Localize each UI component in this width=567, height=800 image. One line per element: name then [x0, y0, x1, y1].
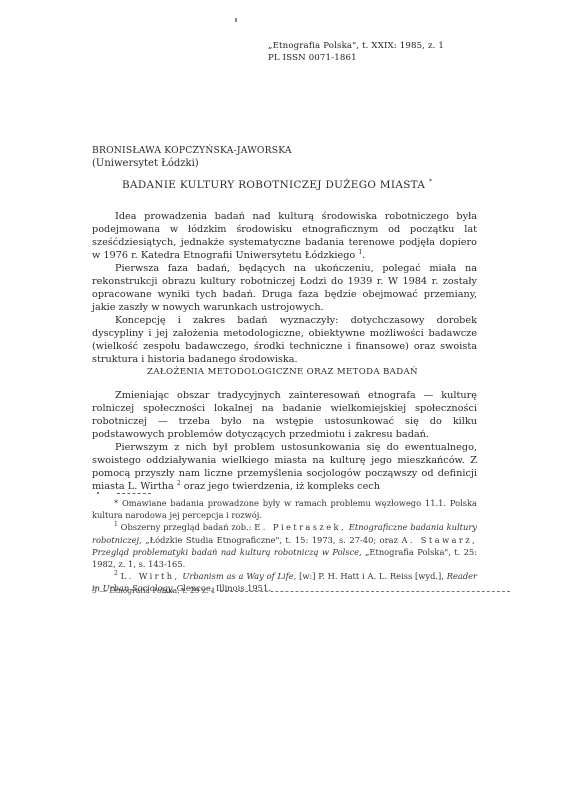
issn: PL ISSN 0071-1861	[268, 52, 444, 64]
article-title-text: BADANIE KULTURY ROBOTNICZEJ DUŻEGO MIAST…	[122, 179, 425, 191]
article-title: BADANIE KULTURY ROBOTNICZEJ DUŻEGO MIAST…	[122, 178, 432, 192]
paragraph: Zmieniając obszar tradycyjnych zainteres…	[92, 389, 477, 441]
section-heading: ZAŁOŻENIA METODOLOGICZNE ORAZ METODA BAD…	[147, 366, 418, 378]
footnote-star: * Omawiane badania prowadzone były w ram…	[92, 497, 477, 521]
footnotes: * Omawiane badania prowadzone były w ram…	[92, 497, 477, 595]
signature-line: 5 — Etnografia Polska, t. 29 z. 1	[92, 586, 510, 596]
printer-signature: 5 — Etnografia Polska, t. 29 z. 1	[92, 586, 216, 595]
scan-speck	[235, 18, 237, 22]
paragraph: Pierwsza faza badań, będących na ukończe…	[92, 262, 477, 314]
author-affiliation: (Uniwersytet Łódzki)	[92, 157, 199, 170]
scan-dot	[97, 492, 99, 494]
journal-citation: „Etnografia Polska", t. XXIX: 1985, z. 1	[268, 40, 444, 52]
signature-rule	[220, 591, 510, 592]
journal-header: „Etnografia Polska", t. XXIX: 1985, z. 1…	[268, 40, 444, 64]
title-footnote-marker: *	[429, 179, 432, 186]
paragraph: Pierwszym z nich był problem ustosunkowa…	[92, 441, 477, 493]
intro-section: Idea prowadzenia badań nad kulturą środo…	[92, 210, 477, 366]
footnote-1: 1 Obszerny przegląd badań zob.: E. Pietr…	[92, 521, 477, 570]
footnote-separator	[117, 493, 151, 494]
paragraph: Idea prowadzenia badań nad kulturą środo…	[92, 210, 477, 262]
method-section: Zmieniając obszar tradycyjnych zainteres…	[92, 389, 477, 493]
paragraph: Koncepcję i zakres badań wyznaczyły: dot…	[92, 314, 477, 366]
author-name: BRONISŁAWA KOPCZYŃSKA-JAWORSKA	[92, 144, 292, 157]
